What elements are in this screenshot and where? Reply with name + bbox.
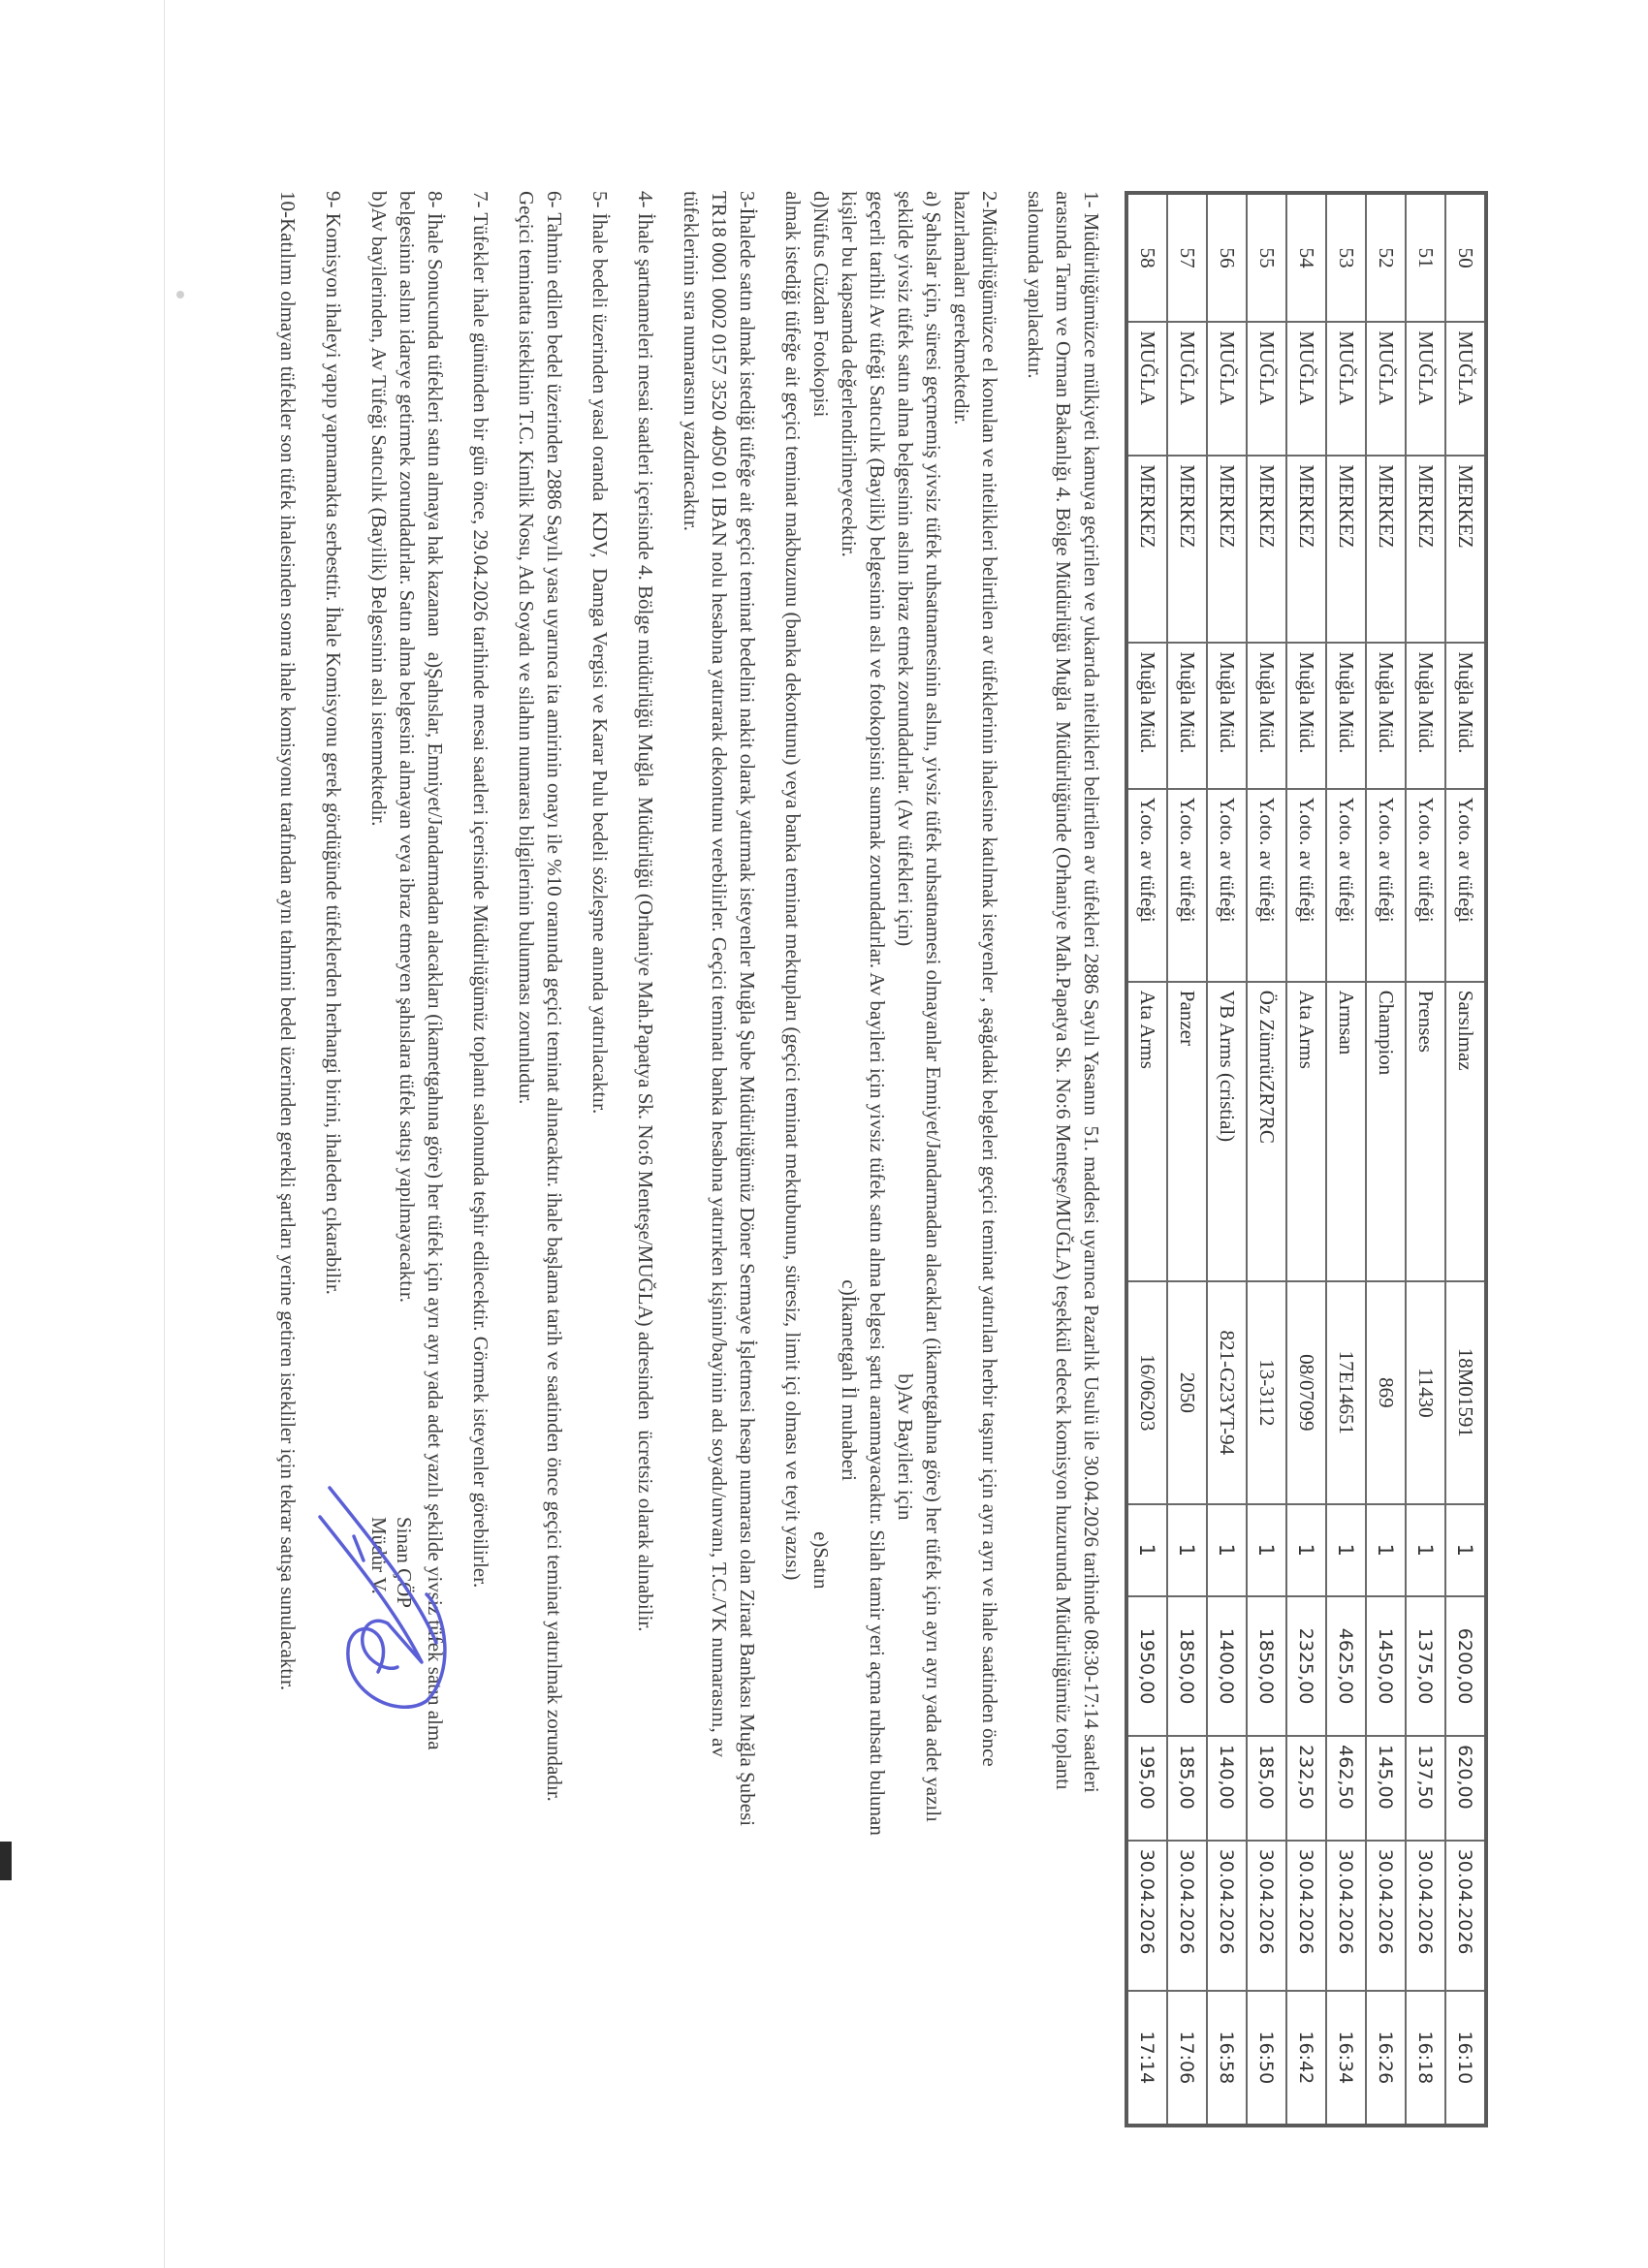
cell-brand: Panzer [1167, 982, 1207, 1281]
cell-province: MUĞLA [1286, 322, 1326, 456]
cell-auction-date: 30.04.2026 [1207, 1841, 1247, 1991]
cell-row-number: 52 [1366, 193, 1406, 322]
cell-serial-number: 2050 [1167, 1281, 1207, 1504]
cell-brand: Ata Arms [1286, 982, 1326, 1281]
firearms-table: 50MUĞLAMERKEZMuğla Müd.Y.oto. av tüfeğiS… [1125, 191, 1488, 2127]
scan-mark [0, 1842, 12, 1880]
cell-auction-date: 30.04.2026 [1167, 1841, 1207, 1991]
text-line: 6- Tahmin edilen bedel üzerinden 2886 Sa… [540, 191, 568, 2091]
cell-district: MERKEZ [1406, 456, 1445, 643]
cell-provisional-deposit: 145,00 [1366, 1736, 1406, 1841]
text-line: 5- İhale bedeli üzerinden yasal oranda K… [586, 191, 614, 2091]
cell-auction-time: 16:34 [1326, 1991, 1366, 2126]
cell-auction-time: 17:14 [1126, 1991, 1167, 2126]
cell-auction-date: 30.04.2026 [1126, 1841, 1167, 1991]
cell-provisional-deposit: 462,50 [1326, 1736, 1366, 1841]
cell-row-number: 51 [1406, 193, 1445, 322]
cell-row-number: 54 [1286, 193, 1326, 322]
cell-firearm-type: Y.oto. av tüfeği [1207, 789, 1247, 982]
text-line: kişiler bu kapsamda değerlendirilmeyecek… [835, 191, 863, 2091]
handwritten-signature-icon [301, 1478, 456, 1730]
cell-quantity: 1 [1326, 1504, 1366, 1596]
cell-province: MUĞLA [1366, 322, 1406, 456]
text-line: 3-İhalede satın almak istediği tüfeğe ai… [733, 191, 761, 2091]
paragraph-8: 8- İhale Sonucunda tüfekleri satın almay… [364, 191, 449, 2091]
scan-speck [176, 291, 184, 299]
cell-auction-date: 30.04.2026 [1247, 1841, 1286, 1991]
cell-auction-date: 30.04.2026 [1406, 1841, 1445, 1991]
cell-auction-time: 16:50 [1247, 1991, 1286, 2126]
cell-district: MERKEZ [1126, 456, 1167, 643]
text-line: şekilde yivsiz tüfek satın alma belgesin… [891, 191, 919, 2091]
text-line: salonunda yapılacaktır. [1021, 191, 1049, 2091]
text-line: a) Şahıslar için, süresi geçmemiş yivsiz… [919, 191, 947, 2091]
paragraph-5: 5- İhale bedeli üzerinden yasal oranda K… [586, 191, 614, 2091]
table-row: 55MUĞLAMERKEZMuğla Müd.Y.oto. av tüfeğiÖ… [1247, 193, 1286, 2126]
cell-row-number: 55 [1247, 193, 1286, 322]
cell-district: MERKEZ [1366, 456, 1406, 643]
cell-firearm-type: Y.oto. av tüfeği [1406, 789, 1445, 982]
cell-serial-number: 16/06203 [1126, 1281, 1167, 1504]
table-row: 52MUĞLAMERKEZMuğla Müd.Y.oto. av tüfeğiC… [1366, 193, 1406, 2126]
cell-quantity: 1 [1286, 1504, 1326, 1596]
table-row: 53MUĞLAMERKEZMuğla Müd.Y.oto. av tüfeğiA… [1326, 193, 1366, 2126]
cell-provisional-deposit: 232,50 [1286, 1736, 1326, 1841]
text-line: 10-Katılımı olmayan tüfekler son tüfek i… [273, 191, 301, 2091]
cell-auction-time: 16:10 [1445, 1991, 1486, 2126]
cell-auction-time: 16:58 [1207, 1991, 1247, 2126]
cell-estimated-price: 1850,00 [1247, 1596, 1286, 1736]
text-line: 4- İhale şartnameleri mesai saatleri içe… [631, 191, 659, 2091]
cell-brand: Sarsılmaz [1445, 982, 1486, 1281]
cell-province: MUĞLA [1167, 322, 1207, 456]
cell-province: MUĞLA [1207, 322, 1247, 456]
cell-province: MUĞLA [1326, 322, 1366, 456]
cell-brand: Armsan [1326, 982, 1366, 1281]
cell-estimated-price: 2325,00 [1286, 1596, 1326, 1736]
cell-district: MERKEZ [1445, 456, 1486, 643]
table-row: 50MUĞLAMERKEZMuğla Müd.Y.oto. av tüfeğiS… [1445, 193, 1486, 2126]
text-line: d)Nüfus Cüzdan Fotokopisi [807, 191, 835, 2091]
cell-estimated-price: 4625,00 [1326, 1596, 1366, 1736]
text-line: 7- Tüfekler ihale gününden bir gün önce,… [466, 191, 494, 2091]
cell-directorate: Muğla Müd. [1247, 643, 1286, 788]
cell-row-number: 50 [1445, 193, 1486, 322]
cell-provisional-deposit: 185,00 [1167, 1736, 1207, 1841]
cell-serial-number: 821-G23YT-94 [1207, 1281, 1247, 1504]
paragraph-4: 4- İhale şartnameleri mesai saatleri içe… [631, 191, 659, 2091]
text-line: b)Av bayilerinden, Av Tüfeği Satıcılık (… [364, 191, 393, 2091]
cell-serial-number: 18M01591 [1445, 1281, 1486, 1504]
text-line: hazırlamaları gerekmektedir. [947, 191, 975, 2091]
cell-serial-number: 08/07099 [1286, 1281, 1326, 1504]
cell-quantity: 1 [1406, 1504, 1445, 1596]
cell-estimated-price: 1850,00 [1167, 1596, 1207, 1736]
table-row: 57MUĞLAMERKEZMuğla Müd.Y.oto. av tüfeğiP… [1167, 193, 1207, 2126]
cell-row-number: 56 [1207, 193, 1247, 322]
paragraph-3: 3-İhalede satın almak istediği tüfeğe ai… [677, 191, 761, 2091]
text-line: Geçici teminatta isteklinin T.C. Kimlik … [512, 191, 540, 2091]
text-line: belgesinin aslını idareye getirmek zorun… [393, 191, 421, 2091]
cell-brand: Champion [1366, 982, 1406, 1281]
paragraph-9: 9- Komisyon ihaleyi yapıp yapmamakta ser… [319, 191, 347, 2091]
cell-directorate: Muğla Müd. [1366, 643, 1406, 788]
cell-estimated-price: 6200,00 [1445, 1596, 1486, 1736]
cell-province: MUĞLA [1247, 322, 1286, 456]
paragraph-1: 1- Müdürlüğümüzce mülkiyeti kamuya geçir… [1021, 191, 1105, 2091]
cell-quantity: 1 [1167, 1504, 1207, 1596]
cell-firearm-type: Y.oto. av tüfeği [1247, 789, 1286, 982]
text-line: tüfeklerinin sıra numarasını yazdıracakt… [677, 191, 705, 2091]
cell-serial-number: 17E14651 [1326, 1281, 1366, 1504]
table-row: 58MUĞLAMERKEZMuğla Müd.Y.oto. av tüfeğiA… [1126, 193, 1167, 2126]
cell-firearm-type: Y.oto. av tüfeği [1445, 789, 1486, 982]
cell-auction-date: 30.04.2026 [1366, 1841, 1406, 1991]
page-margin [0, 0, 165, 2268]
cell-firearm-type: Y.oto. av tüfeği [1286, 789, 1326, 982]
cell-serial-number: 869 [1366, 1281, 1406, 1504]
cell-quantity: 1 [1445, 1504, 1486, 1596]
cell-provisional-deposit: 185,00 [1247, 1736, 1286, 1841]
cell-district: MERKEZ [1167, 456, 1207, 643]
cell-brand: VB Arms (cristial) [1207, 982, 1247, 1281]
cell-province: MUĞLA [1406, 322, 1445, 456]
signature-block: Sinan ÇÖP Müdür V. [366, 1517, 417, 1608]
table-row: 54MUĞLAMERKEZMuğla Müd.Y.oto. av tüfeğiA… [1286, 193, 1326, 2126]
text-line: TR18 0001 0002 0157 3520 4050 01 IBAN no… [705, 191, 733, 2091]
cell-directorate: Muğla Müd. [1445, 643, 1486, 788]
cell-district: MERKEZ [1247, 456, 1286, 643]
text-line: 1- Müdürlüğümüzce mülkiyeti kamuya geçir… [1077, 191, 1105, 2091]
cell-provisional-deposit: 140,00 [1207, 1736, 1247, 1841]
cell-quantity: 1 [1247, 1504, 1286, 1596]
cell-firearm-type: Y.oto. av tüfeği [1167, 789, 1207, 982]
cell-district: MERKEZ [1286, 456, 1326, 643]
cell-directorate: Muğla Müd. [1326, 643, 1366, 788]
cell-province: MUĞLA [1445, 322, 1486, 456]
cell-firearm-type: Y.oto. av tüfeği [1126, 789, 1167, 982]
cell-estimated-price: 1375,00 [1406, 1596, 1445, 1736]
cell-directorate: Muğla Müd. [1126, 643, 1167, 788]
cell-provisional-deposit: 620,00 [1445, 1736, 1486, 1841]
cell-auction-date: 30.04.2026 [1326, 1841, 1366, 1991]
paragraph-7: 7- Tüfekler ihale gününden bir gün önce,… [466, 191, 494, 2091]
cell-auction-time: 16:42 [1286, 1991, 1326, 2126]
text-line: geçerli tarihli Av tüfeği Satıcılık (Bay… [863, 191, 891, 2091]
cell-district: MERKEZ [1326, 456, 1366, 643]
cell-provisional-deposit: 137,50 [1406, 1736, 1445, 1841]
paragraph-10: 10-Katılımı olmayan tüfekler son tüfek i… [273, 191, 301, 2091]
paragraph-2: 2-Müdürlüğümüzce el konulan ve nitelikle… [778, 191, 1003, 2091]
cell-province: MUĞLA [1126, 322, 1167, 456]
cell-row-number: 58 [1126, 193, 1167, 322]
cell-directorate: Muğla Müd. [1207, 643, 1247, 788]
cell-firearm-type: Y.oto. av tüfeği [1366, 789, 1406, 982]
cell-brand: Prenses [1406, 982, 1445, 1281]
cell-serial-number: 11430 [1406, 1281, 1445, 1504]
table-row: 56MUĞLAMERKEZMuğla Müd.Y.oto. av tüfeğiV… [1207, 193, 1247, 2126]
auction-conditions: 1- Müdürlüğümüzce mülkiyeti kamuya geçir… [256, 191, 1105, 2091]
cell-quantity: 1 [1126, 1504, 1167, 1596]
cell-quantity: 1 [1366, 1504, 1406, 1596]
cell-directorate: Muğla Müd. [1286, 643, 1326, 788]
table-row: 51MUĞLAMERKEZMuğla Müd.Y.oto. av tüfeğiP… [1406, 193, 1445, 2126]
cell-estimated-price: 1400,00 [1207, 1596, 1247, 1736]
cell-directorate: Muğla Müd. [1406, 643, 1445, 788]
text-line: 2-Müdürlüğümüzce el konulan ve nitelikle… [975, 191, 1003, 2091]
cell-row-number: 53 [1326, 193, 1366, 322]
cell-provisional-deposit: 195,00 [1126, 1736, 1167, 1841]
cell-auction-date: 30.04.2026 [1286, 1841, 1326, 1991]
cell-auction-time: 16:26 [1366, 1991, 1406, 2126]
cell-quantity: 1 [1207, 1504, 1247, 1596]
text-line: arasında Tarım ve Orman Bakanlığı 4. Böl… [1049, 191, 1077, 2091]
cell-estimated-price: 1950,00 [1126, 1596, 1167, 1736]
text-line: almak istediği tüfeğe ait geçici teminat… [778, 191, 807, 2091]
paragraph-6: 6- Tahmin edilen bedel üzerinden 2886 Sa… [512, 191, 568, 2091]
scanned-page: 50MUĞLAMERKEZMuğla Müd.Y.oto. av tüfeğiS… [0, 0, 1648, 2268]
cell-firearm-type: Y.oto. av tüfeği [1326, 789, 1366, 982]
cell-serial-number: 13-3112 [1247, 1281, 1286, 1504]
cell-brand: Ata Arms [1126, 982, 1167, 1281]
cell-auction-time: 16:18 [1406, 1991, 1445, 2126]
cell-row-number: 57 [1167, 193, 1207, 322]
cell-directorate: Muğla Müd. [1167, 643, 1207, 788]
cell-brand: Öz ZümrütZR7RC [1247, 982, 1286, 1281]
cell-auction-time: 17:06 [1167, 1991, 1207, 2126]
cell-auction-date: 30.04.2026 [1445, 1841, 1486, 1991]
text-line: 8- İhale Sonucunda tüfekleri satın almay… [421, 191, 449, 2091]
cell-district: MERKEZ [1207, 456, 1247, 643]
cell-estimated-price: 1450,00 [1366, 1596, 1406, 1736]
text-line: 9- Komisyon ihaleyi yapıp yapmamakta ser… [319, 191, 347, 2091]
